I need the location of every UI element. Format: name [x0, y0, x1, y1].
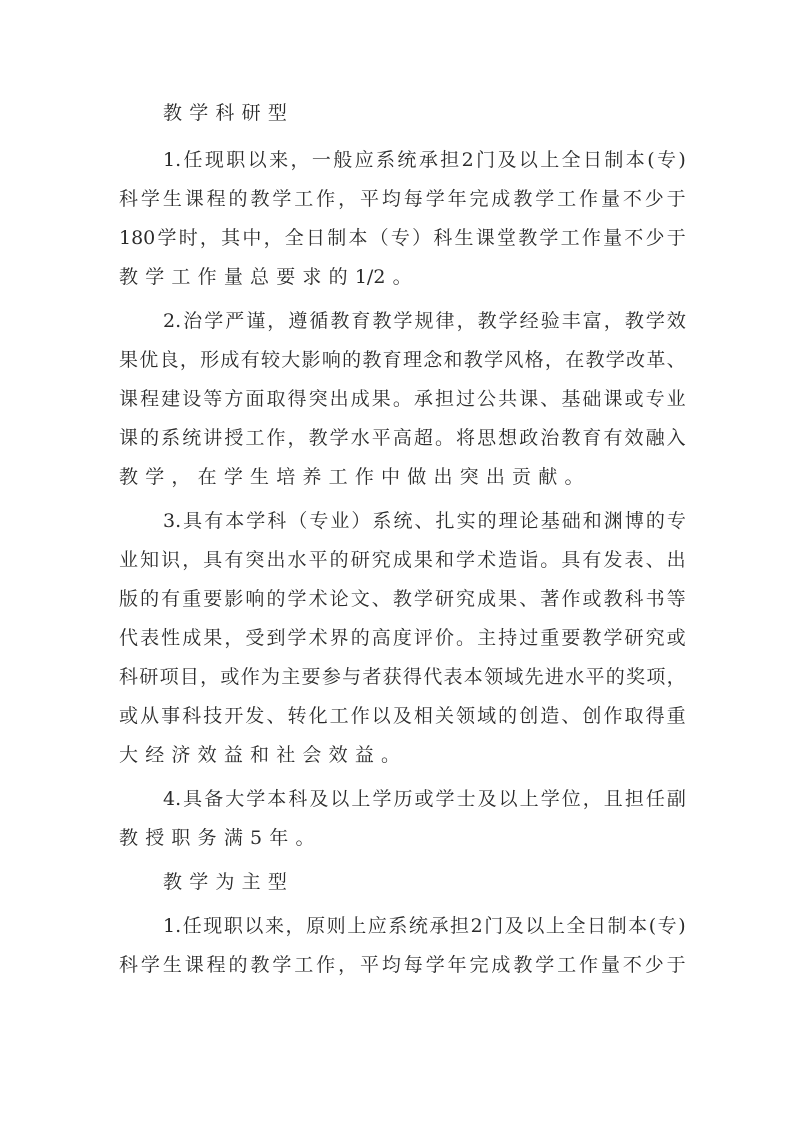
section-heading: 教学为主型 — [163, 867, 686, 897]
paragraph-line: 代表性成果，受到学术界的高度评价。主持过重要教学研究或 — [119, 623, 686, 653]
paragraph-line: 科学生课程的教学工作，平均每学年完成教学工作量不少于 — [119, 184, 686, 214]
section-heading: 教学科研型 — [163, 98, 686, 128]
paragraph-line: 或从事科技开发、转化工作以及相关领域的创造、创作取得重 — [119, 701, 686, 731]
paragraph-line: 课的系统讲授工作，教学水平高超。将思想政治教育有效融入 — [119, 423, 686, 453]
paragraph-line: 教授职务满5年。 — [119, 823, 686, 853]
paragraph-line: 教学，在学生培养工作中做出突出贡献。 — [119, 462, 686, 492]
paragraph-line: 教学工作量总要求的1/2。 — [119, 262, 686, 292]
paragraph-line: 科研项目，或作为主要参与者获得代表本领域先进水平的奖项， — [119, 662, 686, 692]
paragraph-line: 业知识，具有突出水平的研究成果和学术造诣。具有发表、出 — [119, 545, 686, 575]
paragraph-line: 大经济效益和社会效益。 — [119, 740, 686, 770]
paragraph-line: 3.具有本学科（专业）系统、扎实的理论基础和渊博的专 — [163, 506, 686, 536]
paragraph-line: 2.治学严谨，遵循教育教学规律，教学经验丰富，教学效 — [163, 306, 686, 336]
paragraph-line: 课程建设等方面取得突出成果。承担过公共课、基础课或专业 — [119, 384, 686, 414]
paragraph-line: 科学生课程的教学工作，平均每学年完成教学工作量不少于 — [119, 950, 686, 980]
paragraph-line: 180学时，其中，全日制本（专）科生课堂教学工作量不少于 — [119, 223, 686, 253]
document-page: 教学科研型1.任现职以来，一般应系统承担2门及以上全日制本(专)科学生课程的教学… — [0, 0, 793, 1122]
paragraph-line: 4.具备大学本科及以上学历或学士及以上学位，且担任副 — [163, 784, 686, 814]
paragraph-line: 1.任现职以来，一般应系统承担2门及以上全日制本(专) — [163, 145, 686, 175]
paragraph-line: 版的有重要影响的学术论文、教学研究成果、著作或教科书等 — [119, 584, 686, 614]
paragraph-line: 1.任现职以来，原则上应系统承担2门及以上全日制本(专) — [163, 911, 686, 941]
paragraph-line: 果优良，形成有较大影响的教育理念和教学风格，在教学改革、 — [119, 345, 686, 375]
